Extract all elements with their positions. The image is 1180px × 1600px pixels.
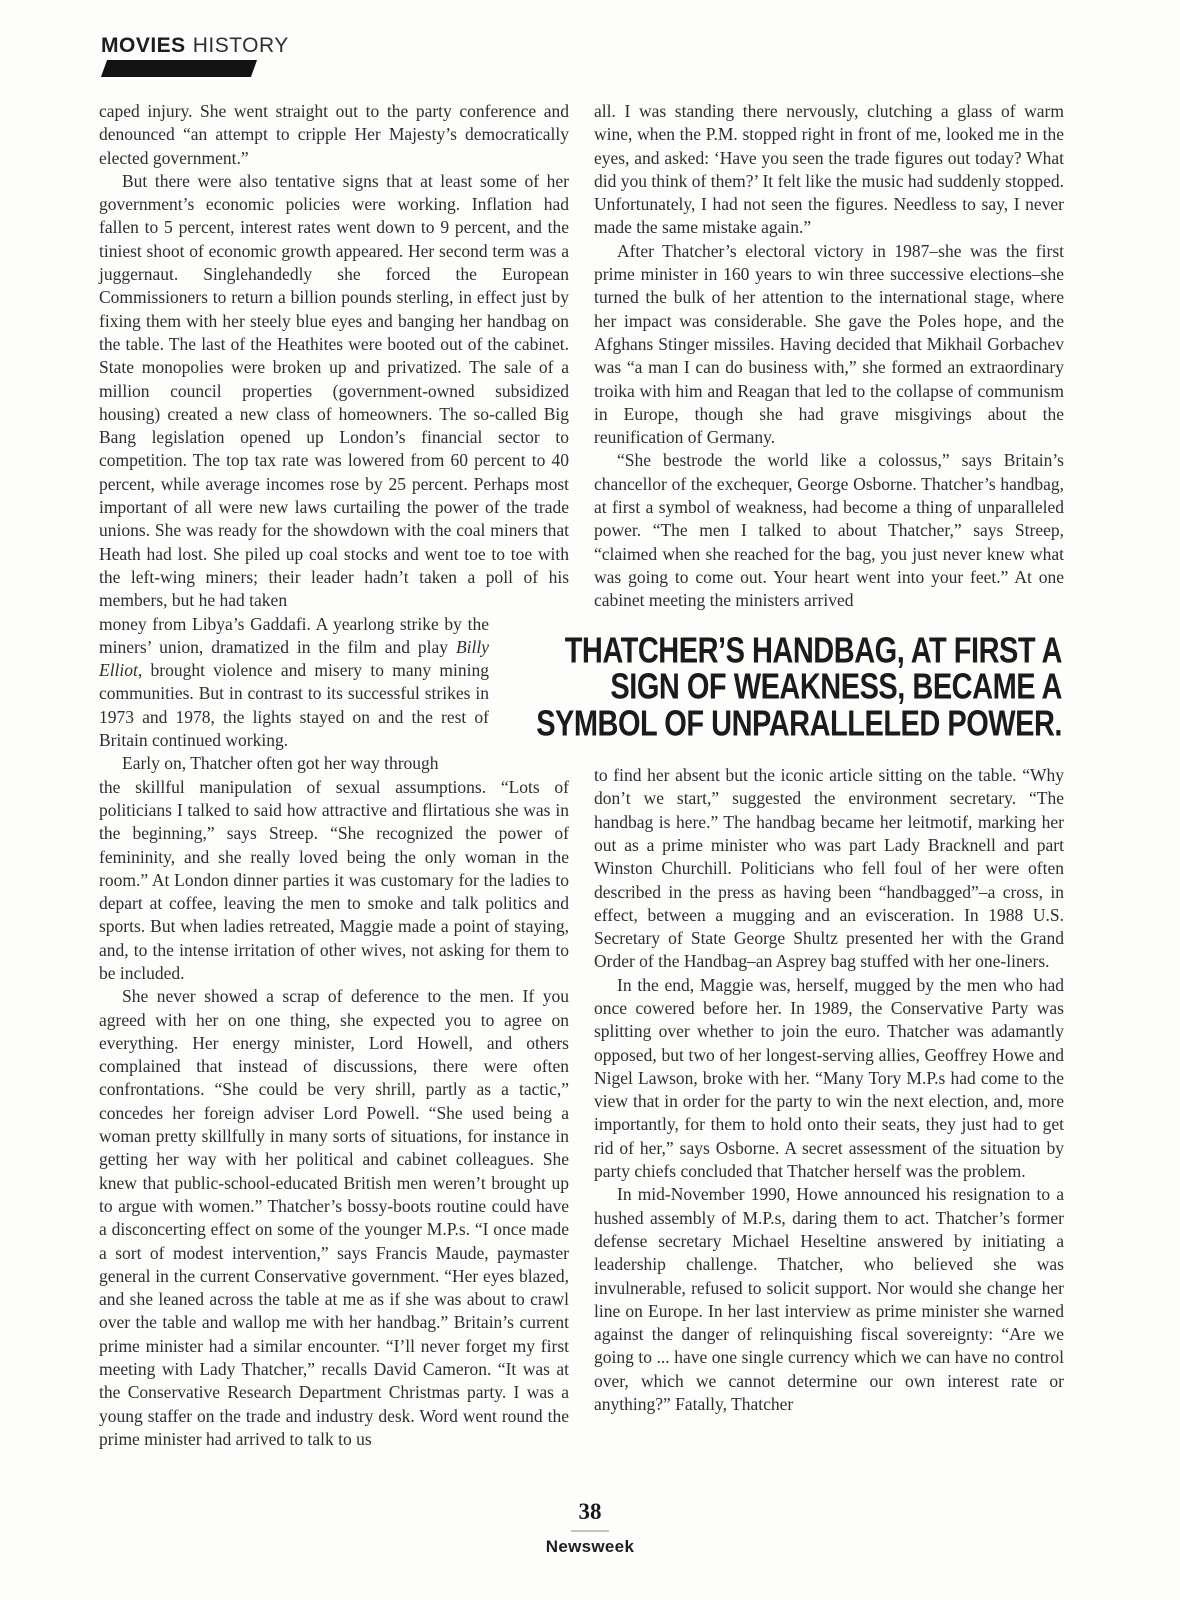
text-run: In mid-November 1990, Howe announced his… (594, 1184, 1064, 1414)
article-column-right: all. I was standing there nervously, clu… (594, 100, 1064, 1416)
text-run: all. I was standing there nervously, clu… (594, 101, 1064, 237)
kicker-section-label: MOVIES (101, 34, 186, 57)
text-run: After Thatcher’s electoral victory in 19… (594, 241, 1064, 447)
article-paragraph: She never showed a scrap of deference to… (99, 985, 569, 1451)
article-paragraph: the skillful manipulation of sexual assu… (99, 776, 569, 986)
pull-quote-line: SYMBOL OF UNPARALLELED POWER. (500, 701, 1062, 747)
article-paragraph: all. I was standing there nervously, clu… (594, 100, 1064, 240)
kicker-underline-bar (101, 60, 257, 77)
article-paragraph: Early on, Thatcher often got her way thr… (99, 752, 489, 775)
article-column-left: caped injury. She went straight out to t… (99, 100, 569, 1451)
text-run: , brought violence and misery to many mi… (99, 660, 489, 750)
article-paragraph: “She bestrode the world like a colossus,… (594, 449, 1064, 612)
text-run: caped injury. She went straight out to t… (99, 101, 569, 168)
article-paragraph: caped injury. She went straight out to t… (99, 100, 569, 170)
article-paragraph: After Thatcher’s electoral victory in 19… (594, 240, 1064, 450)
pull-quote: THATCHER’S HANDBAG, AT FIRST A SIGN OF W… (500, 633, 1062, 743)
text-run: She never showed a scrap of deference to… (99, 986, 569, 1449)
text-run: “She bestrode the world like a colossus,… (594, 450, 1064, 610)
kicker-subsection-label: HISTORY (193, 34, 289, 57)
article-paragraph: In the end, Maggie was, herself, mugged … (594, 974, 1064, 1184)
article-paragraph: money from Libya’s Gaddafi. A yearlong s… (99, 613, 489, 753)
magazine-page: MOVIESHISTORY caped injury. She went str… (0, 0, 1180, 1600)
text-run: money from Libya’s Gaddafi. A yearlong s… (99, 614, 489, 657)
text-run: But there were also tentative signs that… (99, 171, 569, 610)
magazine-name: Newsweek (0, 1537, 1180, 1557)
page-number: 38 (0, 1499, 1180, 1525)
text-run: the skillful manipulation of sexual assu… (99, 777, 569, 983)
right-column-bottom-paragraphs: to find her absent but the iconic articl… (594, 764, 1064, 1416)
article-paragraph: In mid-November 1990, Howe announced his… (594, 1183, 1064, 1416)
text-run: In the end, Maggie was, herself, mugged … (594, 975, 1064, 1181)
article-paragraph: to find her absent but the iconic articl… (594, 764, 1064, 974)
right-column-top-paragraphs: all. I was standing there nervously, clu… (594, 100, 1064, 613)
text-run: Early on, Thatcher often got her way thr… (122, 753, 439, 773)
article-paragraph: But there were also tentative signs that… (99, 170, 569, 613)
section-kicker: MOVIESHISTORY (101, 34, 289, 58)
text-run: to find her absent but the iconic articl… (594, 765, 1064, 971)
footer-rule (571, 1530, 609, 1532)
